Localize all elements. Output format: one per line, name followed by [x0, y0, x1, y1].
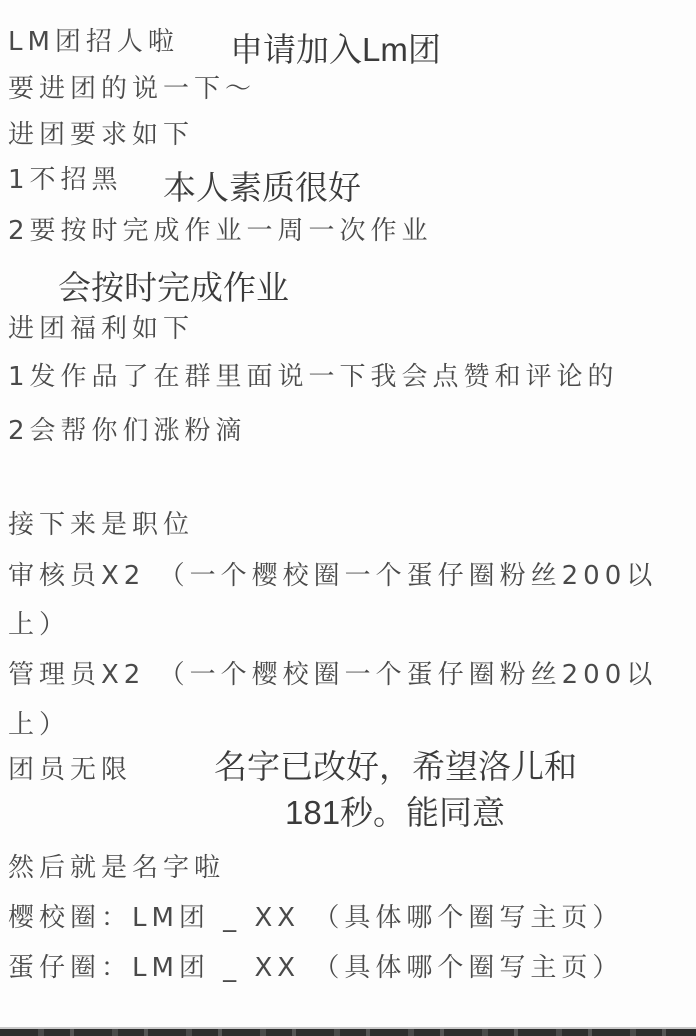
- handwritten-line-title: LM团招人啦: [8, 27, 179, 58]
- overlay-name-changed: 名字已改好，希望洛儿和: [214, 748, 577, 786]
- handwritten-line-requirements-head: 进团要求如下: [8, 120, 194, 151]
- handwritten-line-rule-1: 1不招黑: [8, 165, 123, 196]
- handwritten-line-benefit-1: 1发作品了在群里面说一下我会点赞和评论的: [8, 362, 619, 393]
- handwritten-line-admin-wrap: 上）: [8, 710, 70, 741]
- handwritten-line-name-danzai: 蛋仔圈：LM团 _ XX （具体哪个圈写主页）: [8, 953, 623, 984]
- overlay-apply-join: 申请加入Lm团: [230, 31, 441, 69]
- handwritten-line-names-head: 然后就是名字啦: [8, 853, 225, 884]
- overlay-homework-ontime: 会按时完成作业: [58, 269, 289, 307]
- handwritten-line-rule-2: 2要按时完成作业一周一次作业: [8, 216, 433, 247]
- handwritten-line-name-yingxiao: 樱校圈：LM团 _ XX （具体哪个圈写主页）: [8, 903, 623, 934]
- handwritten-line-benefits-head: 进团福利如下: [8, 314, 194, 345]
- note-image: LM团招人啦 要进团的说一下～ 进团要求如下 1不招黑 2要按时完成作业一周一次…: [0, 0, 696, 1036]
- handwritten-line-positions-head: 接下来是职位: [8, 510, 194, 541]
- overlay-hope-agree: 181秒。能同意: [285, 794, 505, 832]
- handwritten-line-members: 团员无限: [8, 755, 132, 786]
- cropped-text-strip: [0, 1029, 696, 1036]
- handwritten-line-reviewer-wrap: 上）: [8, 610, 70, 641]
- overlay-good-quality: 本人素质很好: [163, 169, 361, 207]
- handwritten-line-benefit-2: 2会帮你们涨粉滴: [8, 416, 247, 447]
- handwritten-line-join-call: 要进团的说一下～: [8, 74, 256, 105]
- handwritten-line-reviewer-role: 审核员X2 （一个樱校圈一个蛋仔圈粉丝200以: [8, 561, 657, 592]
- handwritten-line-admin-role: 管理员X2 （一个樱校圈一个蛋仔圈粉丝200以: [8, 660, 657, 691]
